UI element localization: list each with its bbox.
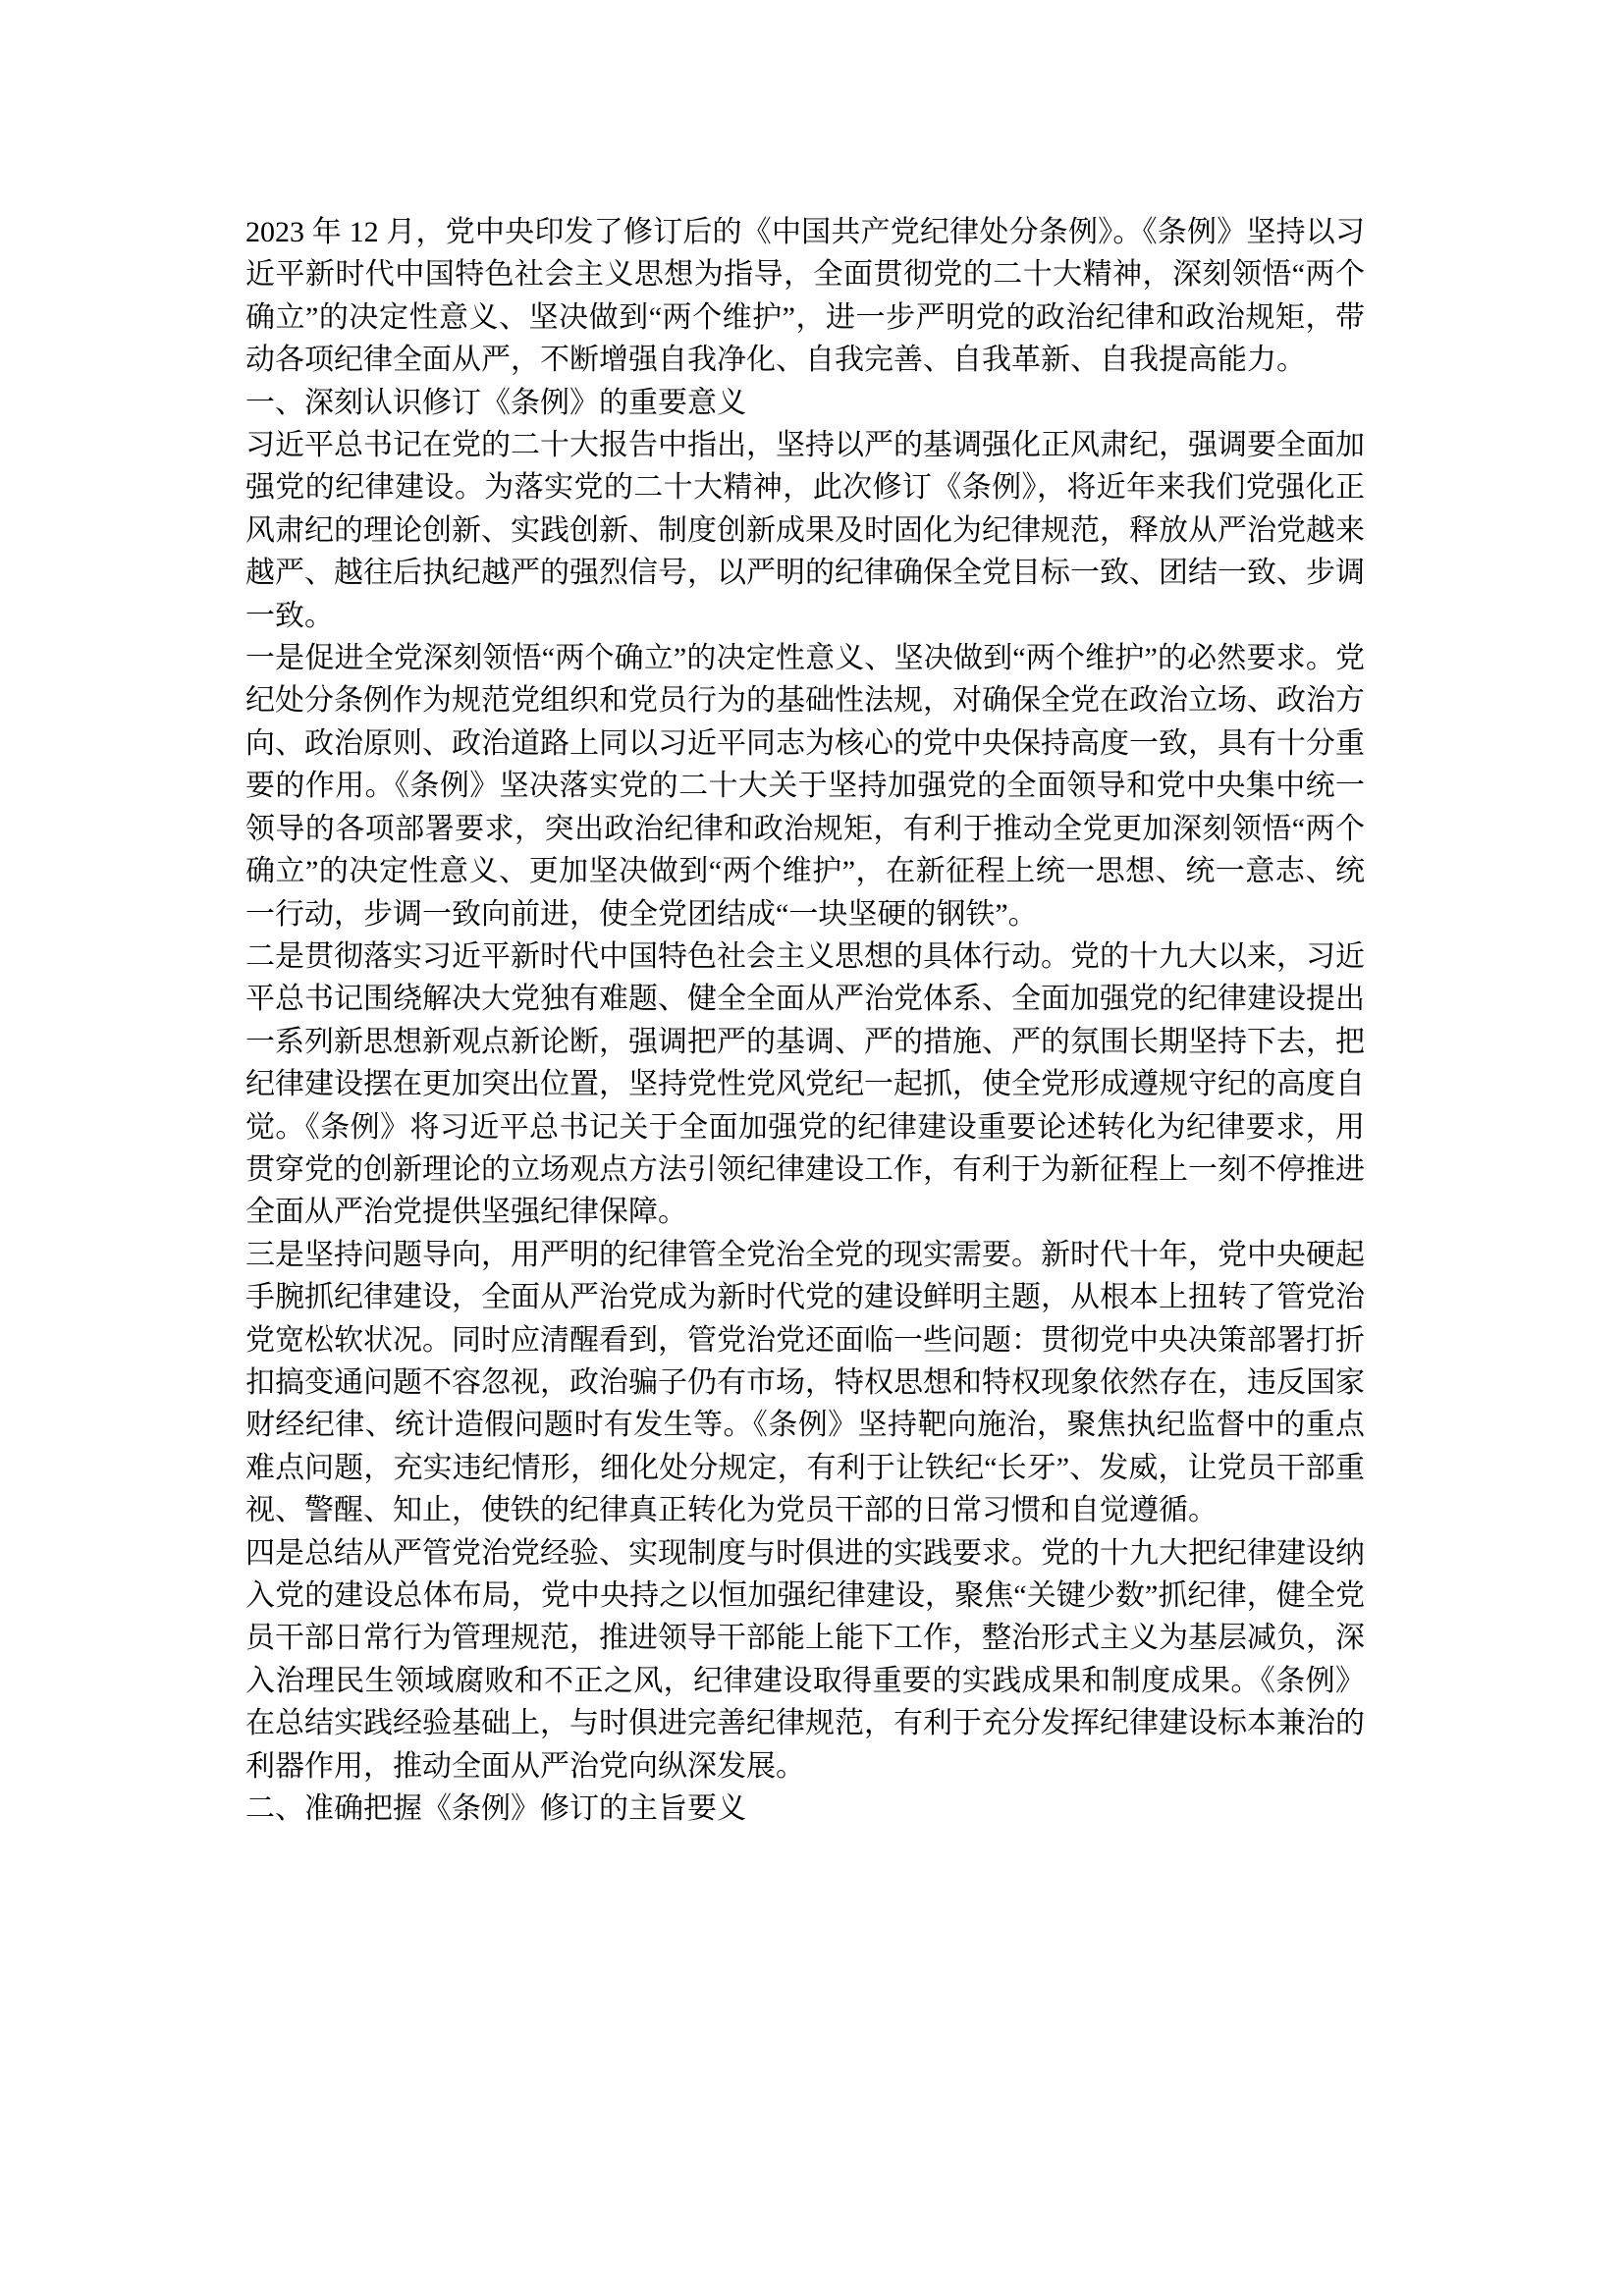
body-paragraph: 二是贯彻落实习近平新时代中国特色社会主义思想的具体行动。党的十九大以来，习近平总…	[245, 935, 1365, 1234]
body-paragraph: 四是总结从严管党治党经验、实现制度与时俱进的实践要求。党的十九大把纪律建设纳入党…	[245, 1532, 1365, 1788]
body-paragraph: 2023 年 12 月，党中央印发了修订后的《中国共产党纪律处分条例》。《条例》…	[245, 211, 1365, 382]
body-paragraph: 一是促进全党深刻领悟“两个确立”的决定性意义、坚决做到“两个维护”的必然要求。党…	[245, 637, 1365, 935]
body-paragraph: 三是坚持问题导向，用严明的纪律管全党治全党的现实需要。新时代十年，党中央硬起手腕…	[245, 1234, 1365, 1532]
section-heading-1: 一、深刻认识修订《条例》的重要意义	[245, 382, 1365, 424]
section-heading-2: 二、准确把握《条例》修订的主旨要义	[245, 1788, 1365, 1830]
document-text-block: 2023 年 12 月，党中央印发了修订后的《中国共产党纪律处分条例》。《条例》…	[245, 211, 1365, 1830]
body-paragraph: 习近平总书记在党的二十大报告中指出，坚持以严的基调强化正风肃纪，强调要全面加强党…	[245, 424, 1365, 637]
document-page: 2023 年 12 月，党中央印发了修订后的《中国共产党纪律处分条例》。《条例》…	[0, 0, 1624, 2296]
